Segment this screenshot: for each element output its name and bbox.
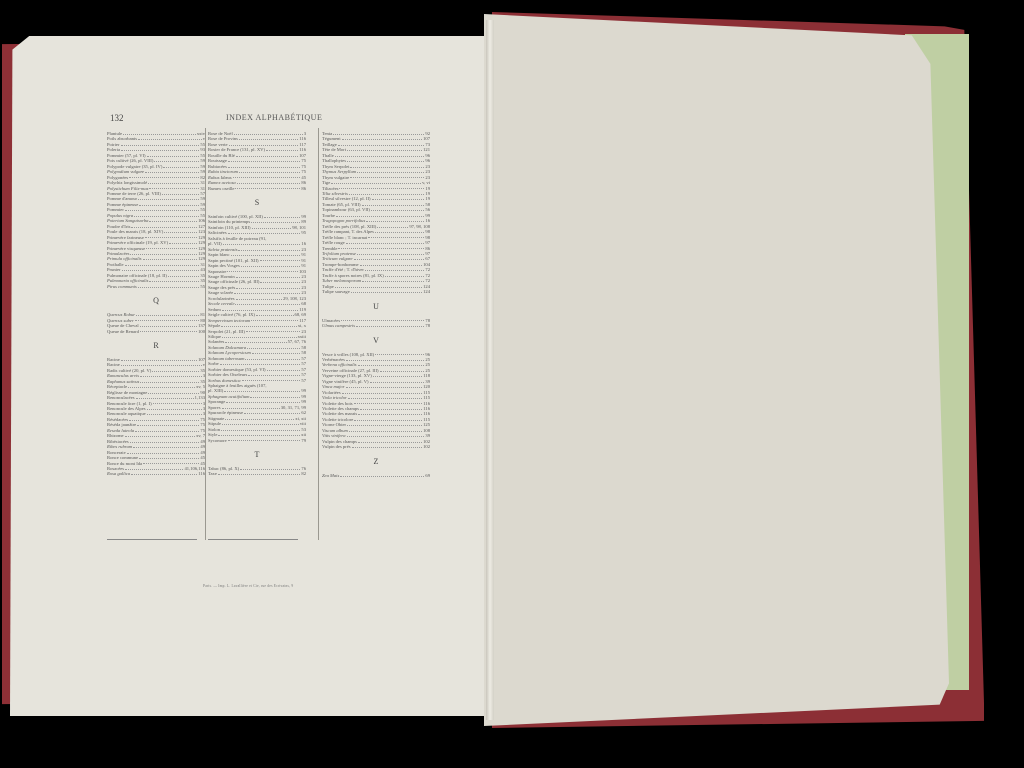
leader-dots bbox=[244, 410, 300, 414]
leader-dots bbox=[222, 405, 280, 409]
index-entry: Rumex oseille86 bbox=[208, 186, 306, 191]
leader-dots bbox=[225, 339, 286, 343]
leader-dots bbox=[342, 136, 422, 140]
leader-dots bbox=[239, 136, 298, 140]
leader-dots bbox=[227, 269, 298, 273]
leader-dots bbox=[339, 186, 424, 190]
leader-dots bbox=[164, 229, 197, 233]
leader-dots bbox=[331, 180, 421, 184]
index-entry: Pirus communis55 bbox=[107, 284, 205, 289]
leader-dots bbox=[228, 438, 301, 442]
column-divider bbox=[318, 128, 319, 540]
index-term: Rosa gallica bbox=[107, 471, 130, 476]
leader-dots bbox=[143, 461, 199, 465]
leader-dots bbox=[375, 352, 424, 356]
leader-dots bbox=[350, 164, 424, 168]
leader-dots bbox=[131, 224, 197, 228]
leader-dots bbox=[372, 196, 425, 200]
leader-dots bbox=[260, 279, 300, 283]
leader-dots bbox=[145, 235, 197, 239]
index-column-1: PlantulexxivPoils absorbantsvPoirier55Po… bbox=[107, 131, 205, 477]
leader-dots bbox=[266, 147, 298, 151]
leader-dots bbox=[231, 252, 301, 256]
leader-dots bbox=[235, 301, 300, 305]
index-entry: Zea Mais69 bbox=[322, 473, 430, 478]
leader-dots bbox=[138, 196, 199, 200]
leader-dots bbox=[335, 153, 425, 157]
leader-dots bbox=[225, 416, 294, 420]
leader-dots bbox=[375, 229, 424, 233]
leader-dots bbox=[218, 471, 301, 475]
leader-dots bbox=[370, 379, 425, 383]
leader-dots bbox=[354, 401, 423, 405]
leader-dots bbox=[135, 318, 200, 322]
leader-dots bbox=[250, 394, 300, 398]
leader-dots bbox=[123, 131, 196, 135]
index-column-2: Rose de Noël3Rose de Provins116Rose vert… bbox=[208, 131, 306, 477]
leader-dots bbox=[351, 289, 422, 293]
leader-dots bbox=[125, 466, 183, 470]
leader-dots bbox=[226, 399, 300, 403]
leader-dots bbox=[246, 329, 301, 333]
leader-dots bbox=[136, 312, 199, 316]
index-entry: Ulmus campestris78 bbox=[322, 323, 430, 328]
leader-dots bbox=[241, 263, 301, 267]
leader-dots bbox=[346, 357, 424, 361]
leader-dots bbox=[129, 417, 199, 421]
leader-dots bbox=[140, 329, 197, 333]
leader-dots bbox=[358, 411, 422, 415]
leader-dots bbox=[122, 267, 200, 271]
index-entry: Tulipe sauvage124 bbox=[322, 289, 430, 294]
leader-dots bbox=[233, 175, 301, 179]
leader-dots bbox=[152, 368, 199, 372]
leader-dots bbox=[130, 251, 197, 255]
index-page-ref: 100 bbox=[198, 329, 205, 334]
index-entry: Taxe82 bbox=[208, 471, 306, 476]
leader-dots bbox=[121, 147, 199, 151]
index-column-3: Tenia92Tégument107Teillage73Tête de Mort… bbox=[322, 131, 430, 478]
leader-dots bbox=[121, 357, 197, 361]
leader-dots bbox=[169, 240, 197, 244]
leader-dots bbox=[354, 256, 425, 260]
leader-dots bbox=[338, 246, 424, 250]
leader-dots bbox=[146, 246, 197, 250]
leader-dots bbox=[377, 224, 408, 228]
index-term: Ulmus campestris bbox=[322, 323, 355, 328]
index-letter-heading: Z bbox=[322, 456, 430, 468]
leader-dots bbox=[333, 131, 424, 135]
book-gutter bbox=[486, 20, 494, 720]
leader-dots bbox=[134, 213, 199, 217]
leader-dots bbox=[362, 278, 424, 282]
leader-dots bbox=[371, 207, 424, 211]
leader-dots bbox=[365, 267, 424, 271]
leader-dots bbox=[234, 290, 300, 294]
leader-dots bbox=[138, 284, 200, 288]
leader-dots bbox=[228, 230, 301, 234]
leader-dots bbox=[238, 247, 300, 251]
leader-dots bbox=[368, 235, 424, 239]
leader-dots bbox=[236, 274, 301, 278]
right-page-blank bbox=[484, 14, 949, 726]
column-end-rule bbox=[107, 539, 197, 540]
leader-dots bbox=[135, 428, 199, 432]
leader-dots bbox=[149, 186, 199, 190]
leader-dots bbox=[335, 284, 422, 288]
leader-dots bbox=[373, 373, 422, 377]
leader-dots bbox=[242, 378, 301, 382]
index-letter-heading: R bbox=[107, 340, 205, 352]
index-entry: Rosa gallica116 bbox=[107, 471, 205, 476]
leader-dots bbox=[228, 164, 301, 168]
index-term: Vulpin des prés bbox=[322, 444, 351, 449]
leader-dots bbox=[125, 433, 196, 437]
column-end-rule bbox=[208, 539, 298, 540]
leader-dots bbox=[347, 147, 422, 151]
index-page-ref: 116 bbox=[198, 471, 205, 476]
index-letter-heading: U bbox=[322, 301, 430, 313]
leader-dots bbox=[162, 191, 200, 195]
leader-dots bbox=[357, 251, 424, 255]
leader-dots bbox=[136, 395, 194, 399]
leader-dots bbox=[354, 417, 422, 421]
leader-dots bbox=[346, 240, 425, 244]
page-number: 132 bbox=[110, 113, 124, 123]
index-term: Queue de Renard bbox=[107, 329, 139, 334]
leader-dots bbox=[347, 433, 425, 437]
index-term: Zea Mais bbox=[322, 473, 339, 478]
leader-dots bbox=[148, 180, 199, 184]
leader-dots bbox=[137, 422, 199, 426]
leader-dots bbox=[221, 323, 297, 327]
leader-dots bbox=[352, 444, 423, 448]
index-letter-heading: S bbox=[208, 197, 306, 209]
printer-imprint: Paris. — Imp. L. Lavallière et Cie, rue … bbox=[203, 584, 293, 588]
index-entry: Sycomore79 bbox=[208, 438, 306, 443]
leader-dots bbox=[252, 350, 301, 354]
leader-dots bbox=[340, 473, 424, 477]
leader-dots bbox=[145, 169, 199, 173]
leader-dots bbox=[139, 202, 199, 206]
index-entry: Vulpin des prés102 bbox=[322, 444, 430, 449]
leader-dots bbox=[251, 318, 298, 322]
leader-dots bbox=[236, 296, 283, 300]
index-term: Tulipe sauvage bbox=[322, 289, 350, 294]
leader-dots bbox=[347, 158, 424, 162]
index-page-ref: 86 bbox=[301, 186, 306, 191]
leader-dots bbox=[149, 278, 199, 282]
leader-dots bbox=[349, 191, 424, 195]
leader-dots bbox=[360, 406, 422, 410]
leader-dots bbox=[218, 432, 300, 436]
index-page-ref: 82 bbox=[301, 471, 306, 476]
leader-dots bbox=[121, 142, 200, 146]
leader-dots bbox=[127, 450, 200, 454]
leader-dots bbox=[349, 428, 422, 432]
column-divider bbox=[205, 128, 206, 540]
leader-dots bbox=[133, 444, 199, 448]
leader-dots bbox=[245, 356, 300, 360]
leader-dots bbox=[222, 421, 299, 425]
leader-dots bbox=[240, 466, 300, 470]
leader-dots bbox=[252, 225, 292, 229]
index-letter-heading: Q bbox=[107, 295, 205, 307]
leader-dots bbox=[153, 401, 202, 405]
leader-dots bbox=[385, 273, 425, 277]
leader-dots bbox=[147, 406, 202, 410]
leader-dots bbox=[235, 186, 300, 190]
index-letter-heading: V bbox=[322, 335, 430, 347]
leader-dots bbox=[163, 164, 199, 168]
index-page-ref: 102 bbox=[423, 444, 430, 449]
index-term: Rumex oseille bbox=[208, 186, 234, 191]
leader-dots bbox=[267, 367, 301, 371]
leader-dots bbox=[121, 362, 202, 366]
leader-dots bbox=[140, 379, 199, 383]
index-page-ref: 55 bbox=[200, 284, 205, 289]
leader-dots bbox=[360, 262, 423, 266]
leader-dots bbox=[143, 256, 198, 260]
leader-dots bbox=[128, 384, 195, 388]
leader-dots bbox=[338, 142, 425, 146]
leader-dots bbox=[148, 390, 199, 394]
leader-dots bbox=[223, 241, 301, 245]
index-term: Sycomore bbox=[208, 438, 227, 443]
leader-dots bbox=[362, 202, 425, 206]
leader-dots bbox=[260, 258, 301, 262]
leader-dots bbox=[346, 384, 423, 388]
leader-dots bbox=[149, 218, 197, 222]
leader-dots bbox=[256, 312, 294, 316]
leader-dots bbox=[147, 411, 202, 415]
index-term: Pirus communis bbox=[107, 284, 137, 289]
index-page-ref: 69 bbox=[425, 473, 430, 478]
leader-dots bbox=[341, 318, 424, 322]
leader-dots bbox=[358, 362, 425, 366]
leader-dots bbox=[147, 153, 200, 157]
index-page-ref: 78 bbox=[425, 323, 430, 328]
leader-dots bbox=[139, 455, 199, 459]
leader-dots bbox=[222, 334, 297, 338]
leader-dots bbox=[220, 361, 301, 365]
leader-dots bbox=[140, 323, 197, 327]
index-page-ref: 79 bbox=[301, 438, 306, 443]
leader-dots bbox=[125, 207, 200, 211]
leader-dots bbox=[168, 273, 200, 277]
leader-dots bbox=[237, 180, 301, 184]
leader-dots bbox=[125, 262, 200, 266]
index-letter-heading: T bbox=[208, 449, 306, 461]
leader-dots bbox=[380, 368, 425, 372]
leader-dots bbox=[358, 439, 422, 443]
leader-dots bbox=[347, 422, 422, 426]
leader-dots bbox=[336, 213, 424, 217]
leader-dots bbox=[350, 175, 424, 179]
leader-dots bbox=[247, 345, 300, 349]
index-term: Taxe bbox=[208, 471, 217, 476]
leader-dots bbox=[248, 372, 300, 376]
leader-dots bbox=[236, 153, 298, 157]
leader-dots bbox=[222, 307, 299, 311]
index-page-ref: 57 bbox=[301, 378, 306, 383]
leader-dots bbox=[236, 285, 300, 289]
leader-dots bbox=[239, 169, 300, 173]
leader-dots bbox=[342, 390, 423, 394]
leader-dots bbox=[130, 439, 200, 443]
running-head: INDEX ALPHABÉTIQUE bbox=[226, 113, 322, 122]
leader-dots bbox=[221, 427, 300, 431]
leader-dots bbox=[140, 373, 202, 377]
leader-dots bbox=[228, 158, 301, 162]
leader-dots bbox=[129, 175, 199, 179]
index-page-ref: 124 bbox=[423, 289, 430, 294]
leader-dots bbox=[224, 388, 300, 392]
leader-dots bbox=[264, 214, 301, 218]
leader-dots bbox=[229, 142, 299, 146]
leader-dots bbox=[138, 136, 202, 140]
leader-dots bbox=[357, 169, 424, 173]
leader-dots bbox=[251, 219, 300, 223]
leader-dots bbox=[131, 471, 197, 475]
leader-dots bbox=[348, 395, 422, 399]
index-page-ref: 95 bbox=[301, 230, 306, 235]
index-entry: Queue de Renard100 bbox=[107, 329, 205, 334]
leader-dots bbox=[234, 131, 303, 135]
leader-dots bbox=[356, 323, 424, 327]
leader-dots bbox=[366, 218, 424, 222]
leader-dots bbox=[154, 158, 199, 162]
